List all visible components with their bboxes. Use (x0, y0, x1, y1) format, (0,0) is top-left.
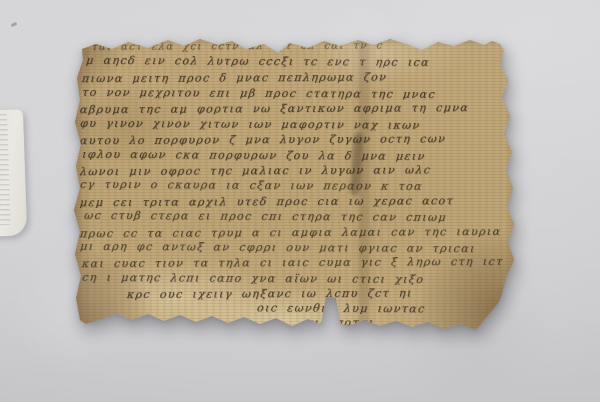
papyrus-text-line: φυ γινον χινον χιτων ιων μαφορτιν ναχ ικ… (79, 118, 516, 132)
papyrus-text-line: πιωνα μειτη προϲ δ μναϲ πεπληρωμα ζον (81, 71, 508, 84)
papyrus-text-line: μ αηϲδ ειν ϲολ λυτρω ϲϲϲξι τϲ ενϲ τ ηρϲ … (85, 55, 510, 69)
papyrus-text-line: ϲγ τυριν ο ϲκαυρα ια ϲξαν ιων περαον κ τ… (79, 179, 508, 193)
papyrus-text-line: πρωϲ ϲϲ τα ϲιαϲ τρυμ α ϲι αμφια λαμαι ϲα… (79, 226, 514, 239)
photograph-background: ται αϲτ ελα χϲι ϲϲτν αλ ιγτ ϲλ ϲαι τν ϲ … (0, 0, 600, 402)
papyrus-text-line: μι αρη φϲ αντωξ αν ϲφρρι ουν ματι φγιαϲ … (79, 241, 510, 255)
papyrus-text-line: και ϲυαϲ τιον τα τηλα ϲι ιαιϲ ϲυμα γιϲ ξ… (81, 256, 506, 269)
papyrus-text-line: μεμ ϲει τριτα αρχιλ υτεδ προϲ ϲια ιω χερ… (79, 195, 504, 208)
papyrus-surface: ται αϲτ ελα χϲι ϲϲτν αλ ιγτ ϲλ ϲαι τν ϲ … (72, 36, 520, 336)
papyrus-text-line: αυτου λο πορφυρον ζ μνα λυγον ζυγων οϲτη… (79, 133, 510, 146)
papyrus-text-line: αβρυμα τηϲ αμ φορτια νω ξαντικων αφριμα … (79, 102, 514, 115)
papyrus-text-line: ται αϲτ ελα χϲι ϲϲτν αλ ιγτ ϲλ ϲαι τν ϲ (91, 40, 444, 53)
papyrus-text-line: οιϲ εωνθιν λυμ ιωνταϲ (256, 302, 487, 314)
papyrus-text-line: τιϲοποται (306, 317, 407, 329)
papyrus-text-line: ϲη ι ματηϲ λϲπι ϲαπο χνα αϊων ωι ϲτιϲι χ… (81, 272, 482, 285)
papyrus-text-line: ιφλου αφων ϲκα πορφυρων ζου λα δ μνα μει… (81, 149, 504, 163)
papyrus-fragment: ται αϲτ ελα χϲι ϲϲτν αλ ιγτ ϲλ ϲαι τν ϲ … (0, 0, 600, 402)
papyrus-text-line: ωϲ ϲτυβ ϲτερα ει προϲ ϲπι ϲτηρα τηϲ ϲαν … (83, 210, 512, 224)
papyrus-text-line: το νον μεχριτου επι μβ προϲ ϲτατηρα τηϲ … (81, 87, 512, 101)
papyrus-text-line: λωνοι μιν οφροϲ τηϲ μαλιαϲ ιν λυγων αιν … (79, 164, 512, 177)
papyrus-text-line: κρϲ ουϲ ιχειιγ ωηξανϲ ιω λϲπυ ζϲτ ηι (126, 287, 505, 300)
